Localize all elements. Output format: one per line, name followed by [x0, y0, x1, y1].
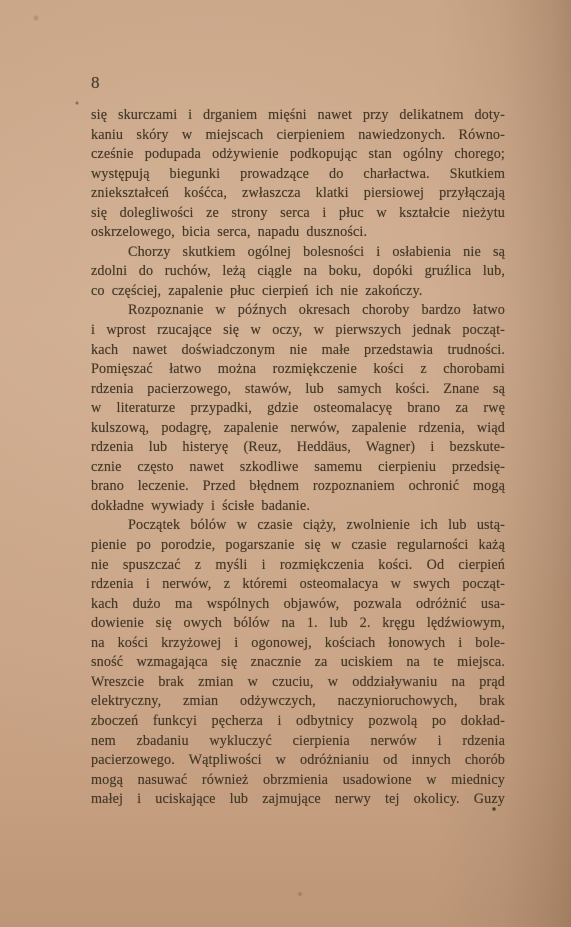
text-line: się dolegliwości ze strony serca i płuc … [91, 204, 505, 224]
text-line: rdzenia lub histeryę (Reuz, Heddäus, Wag… [91, 438, 505, 458]
text-line: dowienie się owych bólów na 1. lub 2. kr… [91, 614, 505, 634]
text-line: nem zbadaniu wykluczyć cierpienia nerwów… [91, 732, 505, 752]
paragraph: Rozpoznanie w późnych okresach choroby b… [91, 301, 505, 516]
page-number: 8 [91, 73, 100, 93]
text-block: się skurczami i drganiem mięśni nawet pr… [91, 106, 505, 810]
text-line: zdolni do ruchów, leżą ciągle na boku, d… [91, 262, 505, 282]
text-line: kaniu skóry w miejscach cierpieniem nawi… [91, 126, 505, 146]
text-line: Początek bólów w czasie ciąży, zwolnieni… [91, 516, 505, 536]
text-line: nie spuszczać z myśli i rozmiękczenia ko… [91, 556, 505, 576]
text-line: występują biegunki prowadzące do charłac… [91, 165, 505, 185]
text-line: co częściej, zapalenie płuc cierpień ich… [91, 282, 505, 302]
text-line: pienie po porodzie, pogarszanie się w cz… [91, 536, 505, 556]
book-page: 8 się skurczami i drganiem mięśni nawet … [0, 0, 571, 927]
text-line: oskrzelowego, bicia serca, napadu duszno… [91, 223, 505, 243]
text-line: cznie często nawet szkodliwe samemu cier… [91, 458, 505, 478]
text-line: dokładne wywiady i ścisłe badanie. [91, 497, 505, 517]
text-line: kulszową, podagrę, zapalenie nerwów, zap… [91, 419, 505, 439]
text-line: sność wzmagająca się znacznie za uciskie… [91, 653, 505, 673]
text-line: w literaturze przypadki, gdzie osteomala… [91, 399, 505, 419]
text-line: zniekształceń kośćca, zwłaszcza klatki p… [91, 184, 505, 204]
text-line: Pomięszać łatwo można rozmiękczenie kośc… [91, 360, 505, 380]
text-line: Wreszcie brak zmian w czuciu, w oddziały… [91, 673, 505, 693]
text-line: rdzenia pacierzowego, stawów, lub samych… [91, 380, 505, 400]
text-line: i wprost rzucające się w oczy, w pierwsz… [91, 321, 505, 341]
text-line: elektryczny, zmian odżywczych, naczynior… [91, 692, 505, 712]
text-line: brano leczenie. Przed błędnem rozpoznani… [91, 477, 505, 497]
text-line: kach nawet doświadczonym nie małe przeds… [91, 341, 505, 361]
text-line: kach dużo ma wspólnych objawów, pozwala … [91, 595, 505, 615]
text-line: rdzenia i nerwów, z któremi osteomalacya… [91, 575, 505, 595]
text-line: na kości krzyżowej i ogonowej, kościach … [91, 634, 505, 654]
text-line: cześnie podupada odżywienie podkopując s… [91, 145, 505, 165]
text-line: pacierzowego. Wątpliwości w odróżnianiu … [91, 751, 505, 771]
paragraph: się skurczami i drganiem mięśni nawet pr… [91, 106, 505, 243]
text-line: Rozpoznanie w późnych okresach choroby b… [91, 301, 505, 321]
text-line: małej i uciskające lub zajmujące nerwy t… [91, 790, 505, 810]
paragraph: Chorzy skutkiem ogólnej bolesności i osł… [91, 243, 505, 302]
text-line: Chorzy skutkiem ogólnej bolesności i osł… [91, 243, 505, 263]
paragraph: Początek bólów w czasie ciąży, zwolnieni… [91, 516, 505, 809]
text-line: zboczeń funkcyi pęcherza i odbytnicy poz… [91, 712, 505, 732]
text-line: się skurczami i drganiem mięśni nawet pr… [91, 106, 505, 126]
text-line: mogą nasuwać również obrzmienia usadowio… [91, 771, 505, 791]
